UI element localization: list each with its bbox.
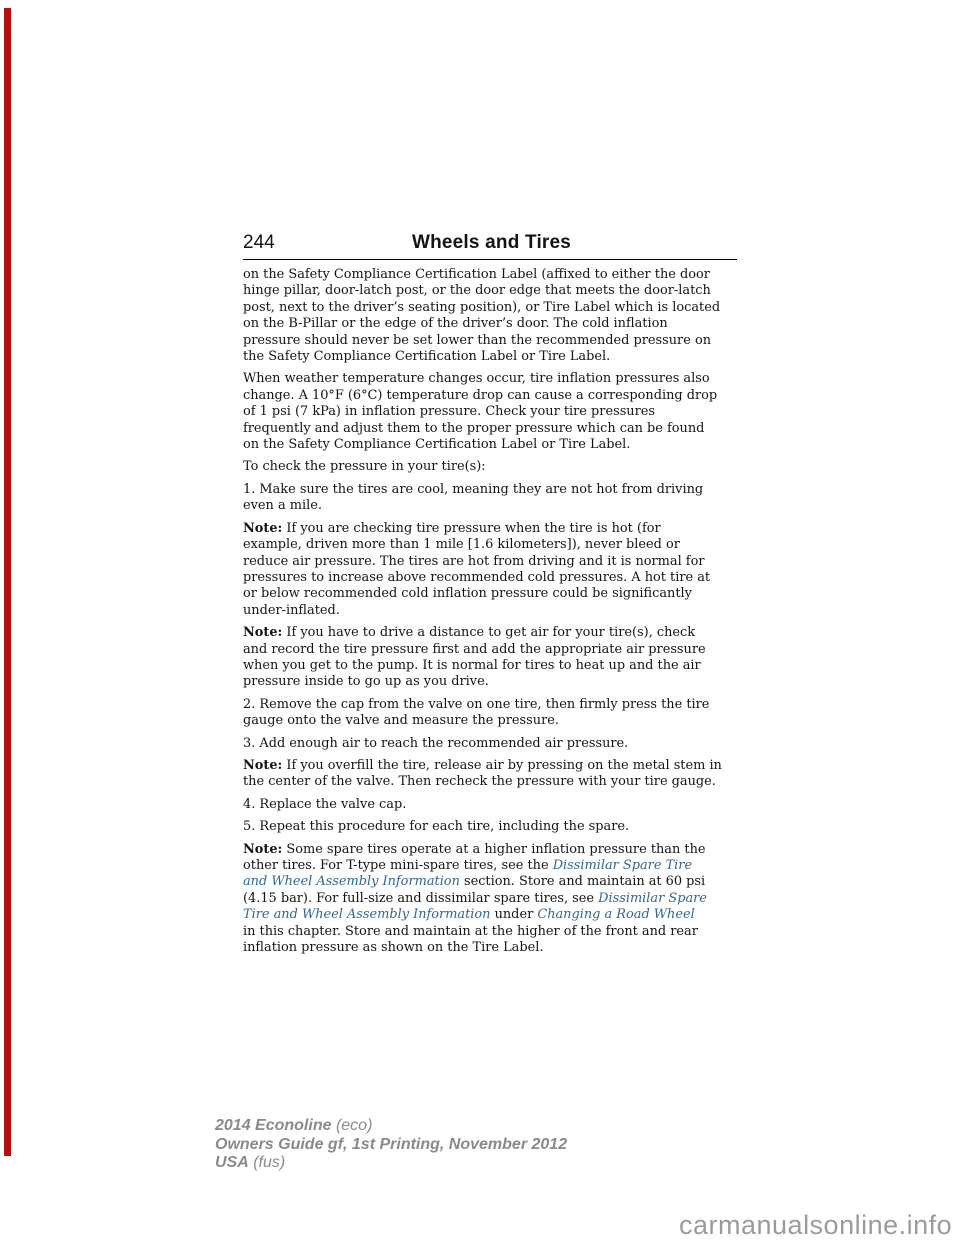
note-label: Note: — [243, 842, 282, 857]
footer-guide-info: Owners Guide gf, 1st Printing, November … — [215, 1136, 567, 1153]
footer-line-1: 2014 Econoline (eco) — [215, 1117, 567, 1136]
footer-model: 2014 Econoline — [215, 1117, 332, 1134]
paragraph: Note: If you have to drive a distance to… — [243, 625, 788, 691]
paragraph: Note: If you are checking tire pressure … — [243, 521, 788, 619]
footer-line-2: Owners Guide gf, 1st Printing, November … — [215, 1136, 567, 1155]
page-title: Wheels and Tires — [243, 231, 740, 255]
left-edge-red-bar — [4, 8, 11, 1156]
header-rule — [243, 259, 737, 260]
publication-footer: 2014 Econoline (eco) Owners Guide gf, 1s… — [215, 1117, 567, 1173]
paragraph: 5. Repeat this procedure for each tire, … — [243, 819, 788, 835]
paragraph: Note: Some spare tires operate at a high… — [243, 842, 788, 957]
paragraph: on the Safety Compliance Certification L… — [243, 267, 788, 365]
body-paragraphs: on the Safety Compliance Certification L… — [243, 267, 788, 956]
page-header: 244 Wheels and Tires — [243, 231, 740, 255]
manual-page: 244 Wheels and Tires on the Safety Compl… — [0, 0, 960, 1242]
cross-reference-link: Changing a Road Wheel — [537, 907, 694, 922]
paragraph: 3. Add enough air to reach the recommend… — [243, 736, 788, 752]
footer-model-code: (eco) — [332, 1117, 373, 1134]
paragraph: 2. Remove the cap from the valve on one … — [243, 697, 788, 730]
paragraph: 1. Make sure the tires are cool, meaning… — [243, 482, 788, 515]
footer-region: USA — [215, 1154, 249, 1171]
paragraph: When weather temperature changes occur, … — [243, 371, 788, 453]
note-label: Note: — [243, 625, 282, 640]
footer-region-code: (fus) — [249, 1154, 285, 1171]
footer-line-3: USA (fus) — [215, 1154, 567, 1173]
watermark-text: carmanualsonline.info — [679, 1210, 952, 1240]
paragraph: Note: If you overfill the tire, release … — [243, 758, 788, 791]
paragraph: 4. Replace the valve cap. — [243, 797, 788, 813]
note-label: Note: — [243, 521, 282, 536]
page-content: 244 Wheels and Tires on the Safety Compl… — [243, 231, 740, 962]
paragraph: To check the pressure in your tire(s): — [243, 459, 788, 475]
note-label: Note: — [243, 758, 282, 773]
